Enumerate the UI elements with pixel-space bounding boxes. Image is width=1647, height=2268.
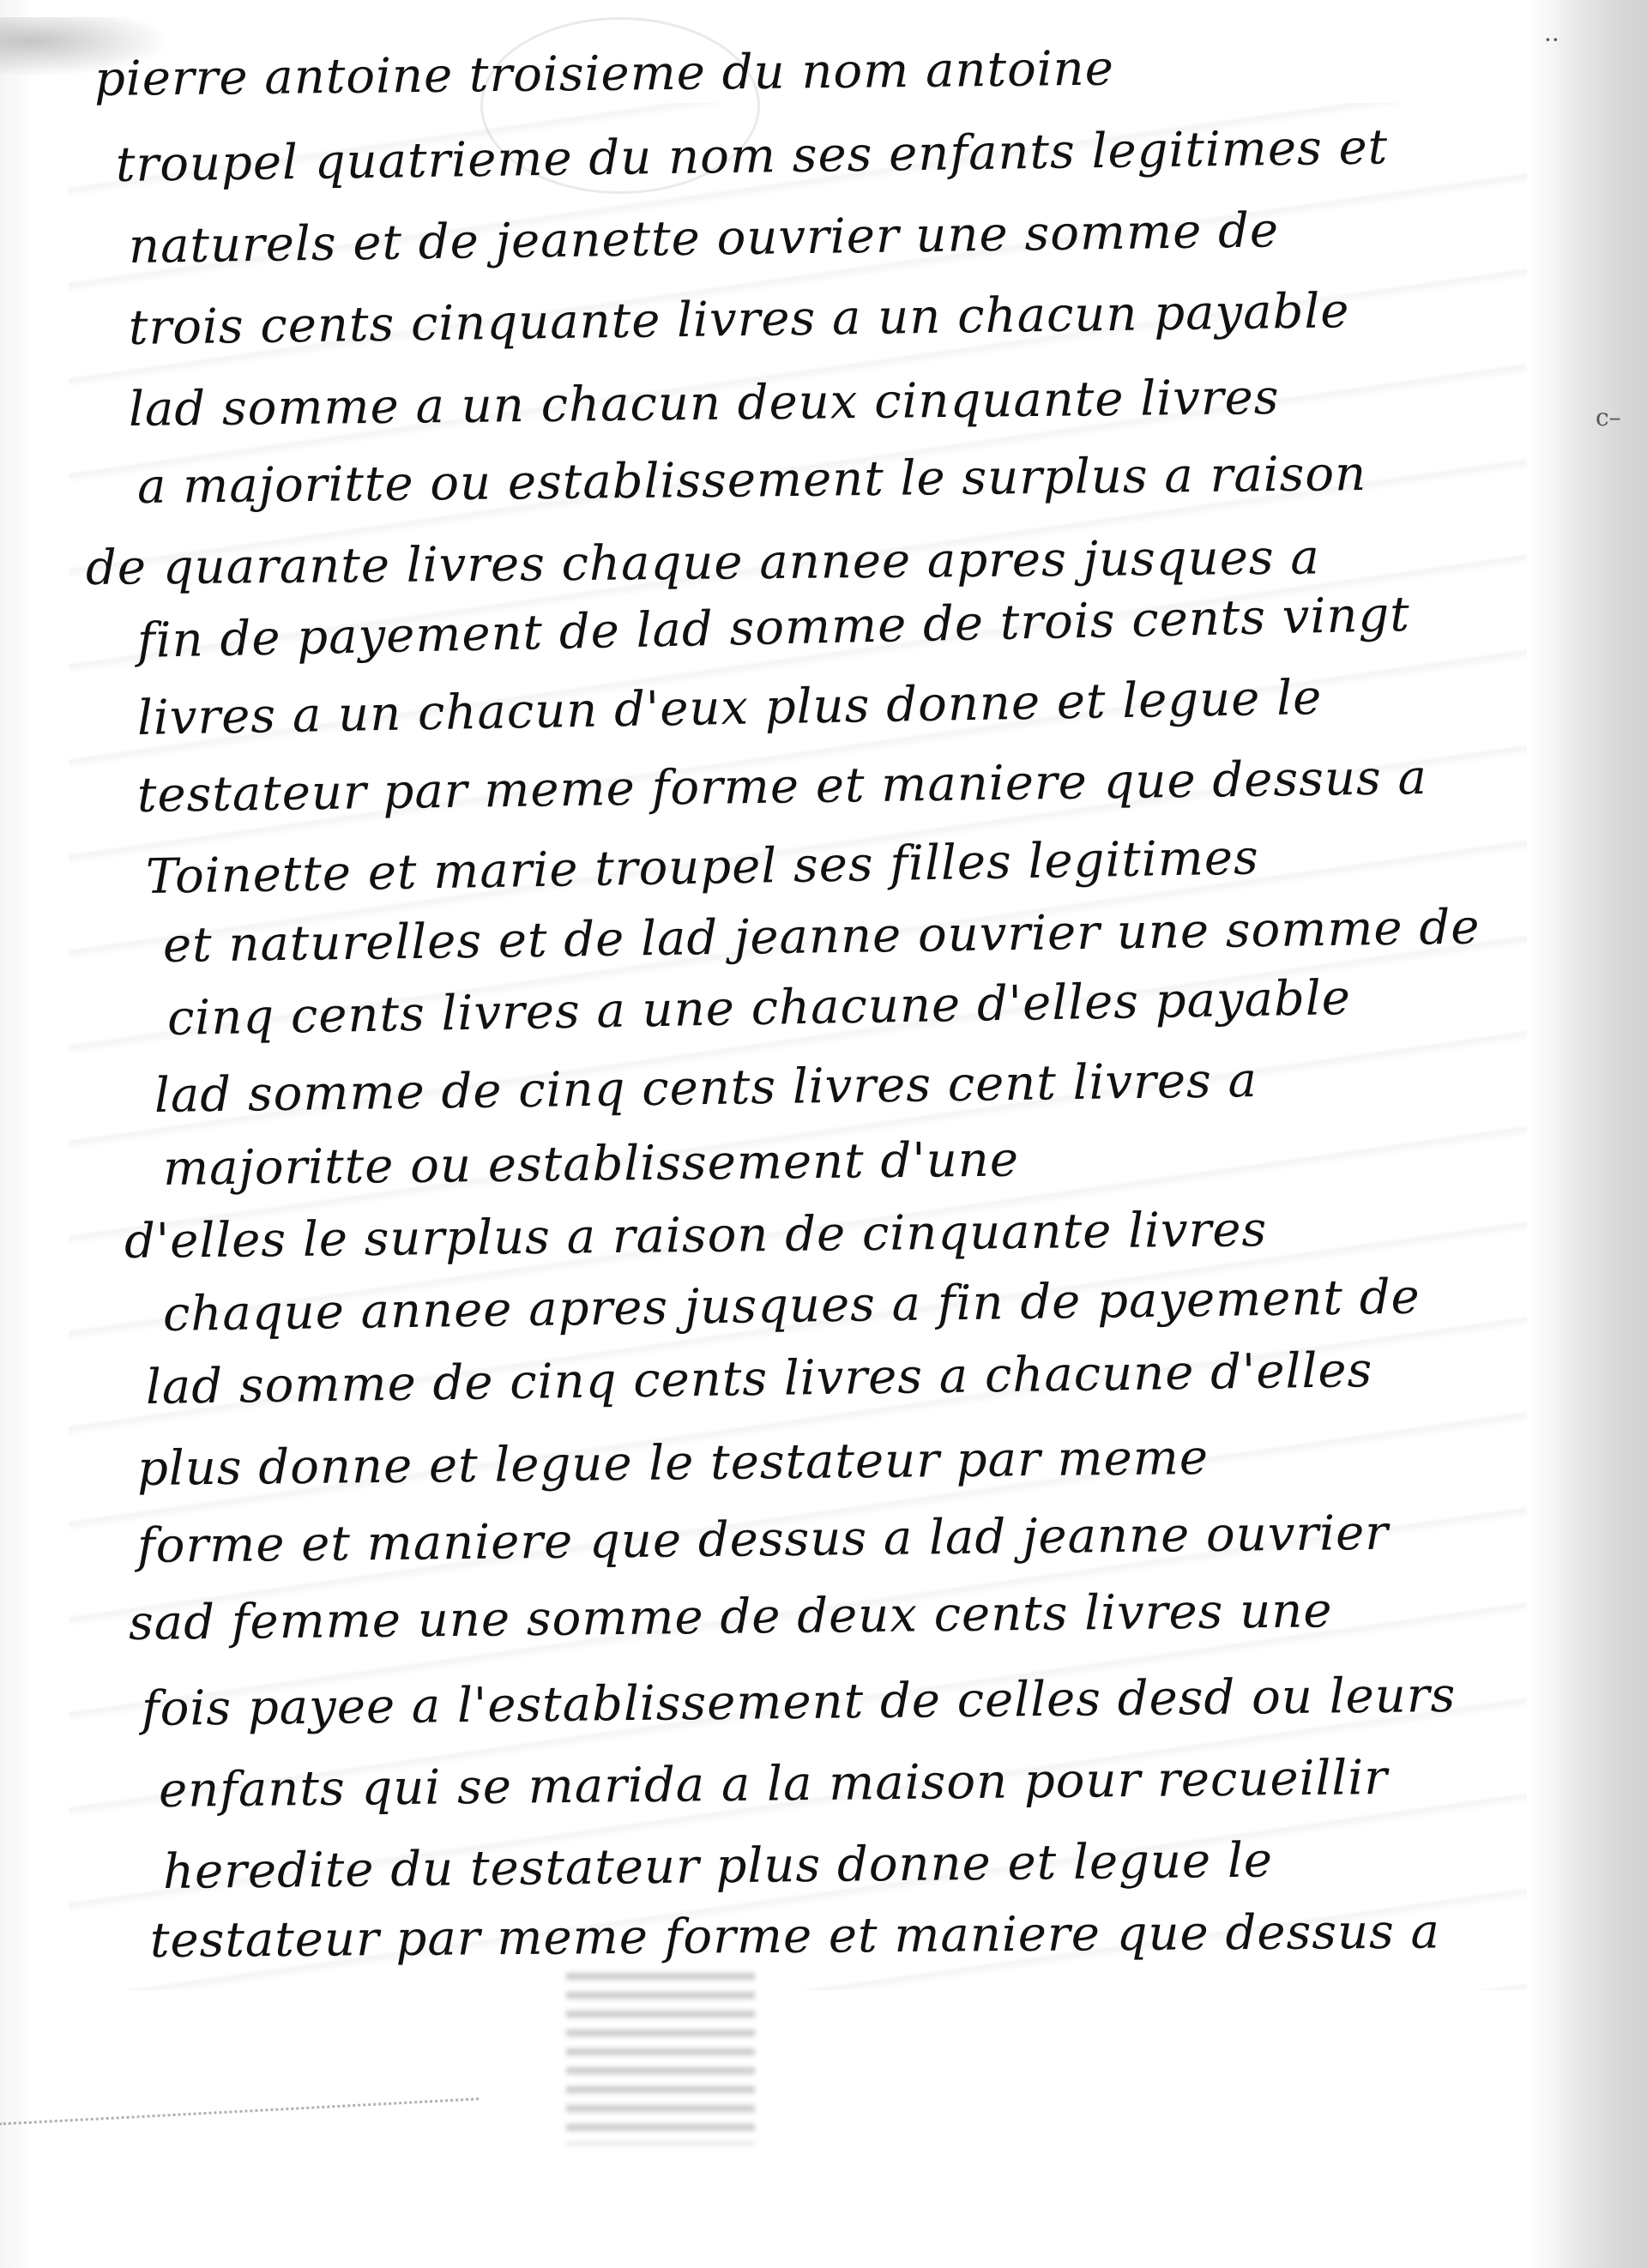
manuscript-line: et naturelles et de lad jeanne ouvrier u… bbox=[163, 900, 1481, 974]
manuscript-line: fin de payement de lad somme de trois ce… bbox=[136, 587, 1410, 669]
manuscript-line: majoritte ou establissement d'une bbox=[163, 1132, 1020, 1197]
manuscript-line: naturels et de jeanette ouvrier une somm… bbox=[129, 202, 1280, 274]
manuscript-line: lad somme de cinq cents livres a chacune… bbox=[146, 1342, 1373, 1415]
manuscript-line: sad femme une somme de deux cents livres… bbox=[129, 1583, 1333, 1651]
manuscript-line: heredite du testateur plus donne et legu… bbox=[163, 1832, 1274, 1900]
manuscript-line: livres a un chacun d'eux plus donne et l… bbox=[136, 670, 1322, 746]
manuscript-line: lad somme a un chacun deux cinquante liv… bbox=[129, 370, 1280, 437]
top-right-mark: ·· bbox=[1544, 26, 1560, 54]
ink-smear bbox=[566, 1973, 755, 2144]
manuscript-line: testateur par meme forme et maniere que … bbox=[137, 750, 1428, 823]
manuscript-page: pierre antoine troisieme du nom antoine … bbox=[0, 0, 1647, 2268]
manuscript-line: testateur par meme forme et maniere que … bbox=[150, 1904, 1440, 1969]
bottom-bleedthrough-scribble bbox=[0, 2097, 481, 2176]
manuscript-line: d'elles le surplus a raison de cinquante… bbox=[124, 1202, 1268, 1270]
manuscript-line: cinq cents livres a une chacune d'elles … bbox=[166, 970, 1351, 1047]
manuscript-line: plus donne et legue le testateur par mem… bbox=[137, 1430, 1210, 1497]
manuscript-line: Toinette et marie troupel ses filles leg… bbox=[145, 829, 1259, 905]
manuscript-line: fois payee a l'establissement de celles … bbox=[142, 1668, 1457, 1737]
manuscript-line: forme et maniere que dessus a lad jeanne… bbox=[137, 1505, 1390, 1574]
manuscript-line: de quarante livres chaque annee apres ju… bbox=[86, 529, 1320, 596]
manuscript-line: chaque annee apres jusques a fin de paye… bbox=[163, 1270, 1421, 1342]
manuscript-line: troupel quatrieme du nom ses enfants leg… bbox=[116, 119, 1389, 193]
manuscript-line: trois cents cinquante livres a un chacun… bbox=[129, 283, 1350, 356]
right-margin-mark: c– bbox=[1596, 403, 1621, 431]
manuscript-line: a majoritte ou establissement le surplus… bbox=[137, 446, 1367, 515]
manuscript-line: lad somme de cinq cents livres cent livr… bbox=[154, 1053, 1258, 1124]
manuscript-line: enfants qui se marida a la maison pour r… bbox=[159, 1750, 1389, 1819]
page-edge-shadow bbox=[1553, 0, 1647, 2268]
manuscript-line: pierre antoine troisieme du nom antoine bbox=[94, 41, 1115, 107]
